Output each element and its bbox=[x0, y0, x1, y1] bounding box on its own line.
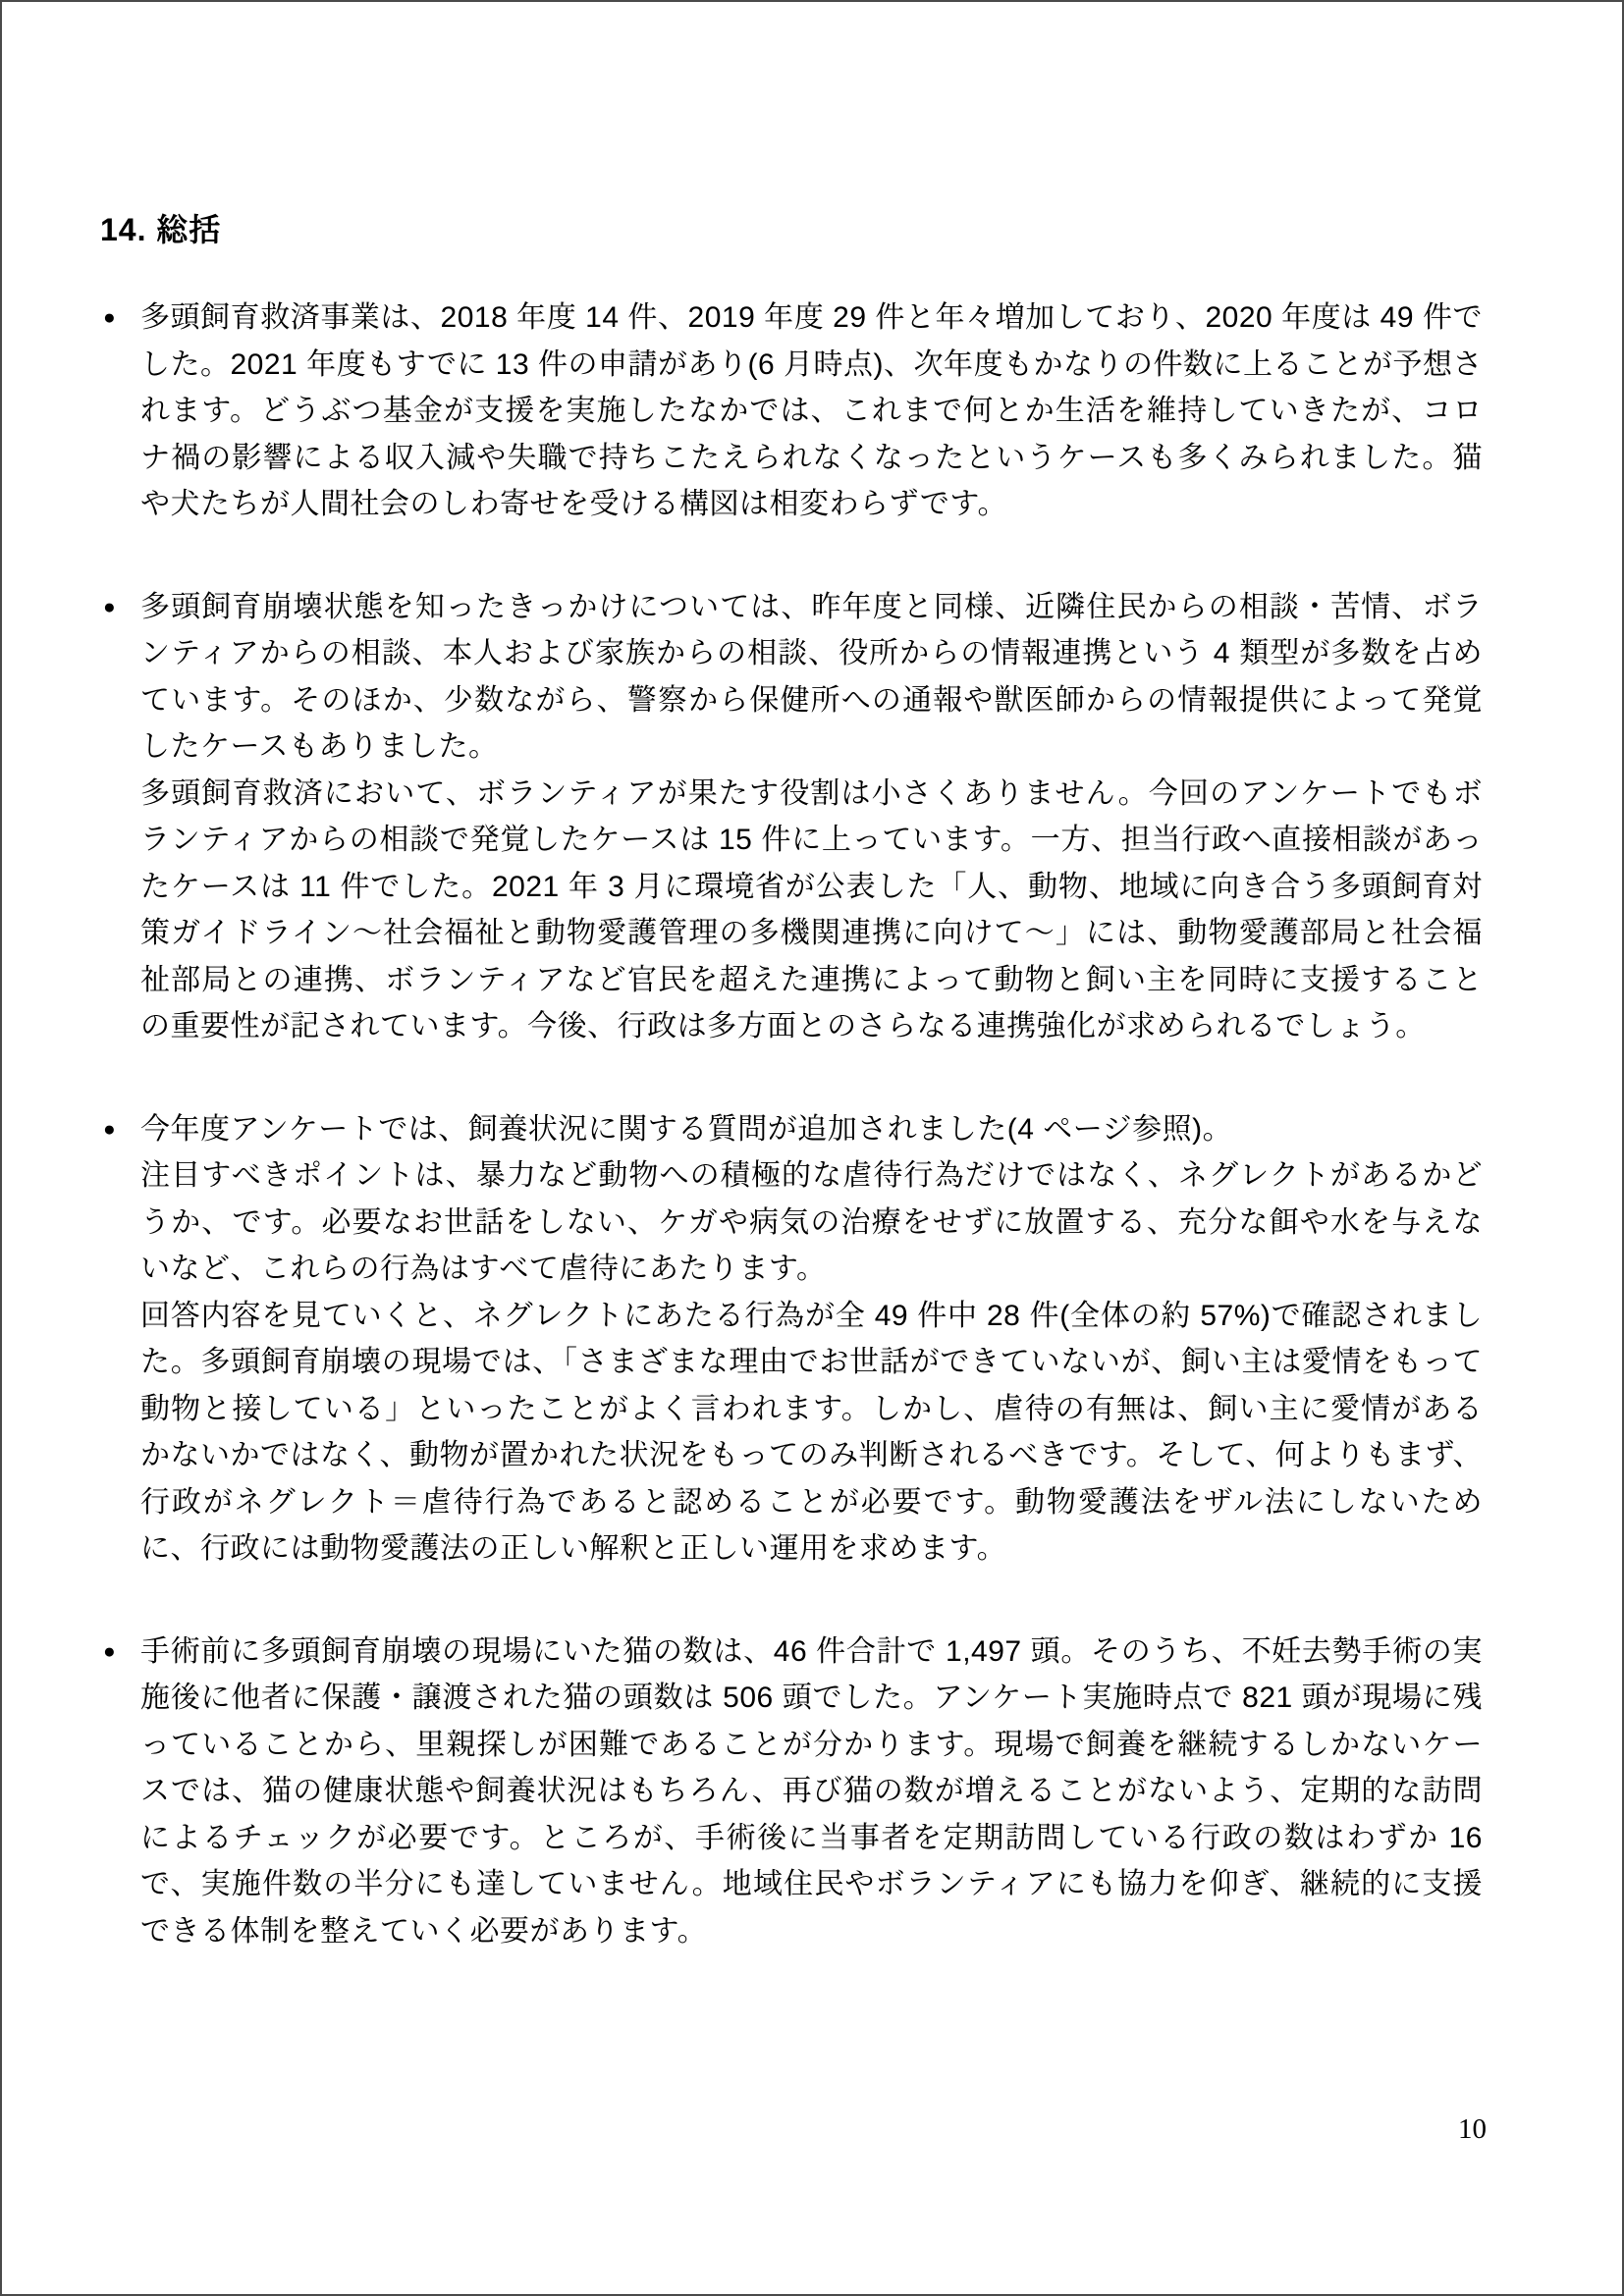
bullet-icon: ● bbox=[103, 1106, 140, 1153]
bullet-content: 今年度アンケートでは、飼養状況に関する質問が追加されました(4 ページ参照)。 … bbox=[140, 1106, 1483, 1573]
paragraph: 回答内容を見ていくと、ネグレクトにあたる行為が全 49 件中 28 件(全体の約… bbox=[140, 1293, 1483, 1573]
paragraph: 今年度アンケートでは、飼養状況に関する質問が追加されました(4 ページ参照)。 bbox=[140, 1106, 1483, 1153]
paragraph: 手術前に多頭飼育崩壊の現場にいた猫の数は、46 件合計で 1,497 頭。そのう… bbox=[140, 1629, 1483, 1955]
paragraph: 注目すべきポイントは、暴力など動物への積極的な虐待行為だけではなく、ネグレクトが… bbox=[140, 1152, 1483, 1293]
bullet-item-1: ● 多頭飼育救済事業は、2018 年度 14 件、2019 年度 29 件と年々… bbox=[103, 294, 1483, 528]
bullet-content: 多頭飼育救済事業は、2018 年度 14 件、2019 年度 29 件と年々増加… bbox=[140, 294, 1483, 528]
bullet-list: ● 多頭飼育救済事業は、2018 年度 14 件、2019 年度 29 件と年々… bbox=[100, 294, 1483, 1954]
page-number: 10 bbox=[1458, 2112, 1487, 2146]
paragraph: 多頭飼育崩壊状態を知ったきっかけについては、昨年度と同様、近隣住民からの相談・苦… bbox=[140, 584, 1483, 771]
bullet-item-3: ● 今年度アンケートでは、飼養状況に関する質問が追加されました(4 ページ参照)… bbox=[103, 1106, 1483, 1573]
bullet-item-2: ● 多頭飼育崩壊状態を知ったきっかけについては、昨年度と同様、近隣住民からの相談… bbox=[103, 584, 1483, 1050]
bullet-content: 多頭飼育崩壊状態を知ったきっかけについては、昨年度と同様、近隣住民からの相談・苦… bbox=[140, 584, 1483, 1050]
section-heading: 14. 総括 bbox=[100, 210, 1483, 249]
bullet-icon: ● bbox=[103, 584, 140, 631]
document-page: 14. 総括 ● 多頭飼育救済事業は、2018 年度 14 件、2019 年度 … bbox=[0, 0, 1624, 2296]
paragraph: 多頭飼育救済において、ボランティアが果たす役割は小さくありません。今回のアンケー… bbox=[140, 771, 1483, 1050]
bullet-item-4: ● 手術前に多頭飼育崩壊の現場にいた猫の数は、46 件合計で 1,497 頭。そ… bbox=[103, 1629, 1483, 1955]
bullet-icon: ● bbox=[103, 1629, 140, 1676]
bullet-content: 手術前に多頭飼育崩壊の現場にいた猫の数は、46 件合計で 1,497 頭。そのう… bbox=[140, 1629, 1483, 1955]
paragraph: 多頭飼育救済事業は、2018 年度 14 件、2019 年度 29 件と年々増加… bbox=[140, 294, 1483, 528]
bullet-icon: ● bbox=[103, 294, 140, 342]
